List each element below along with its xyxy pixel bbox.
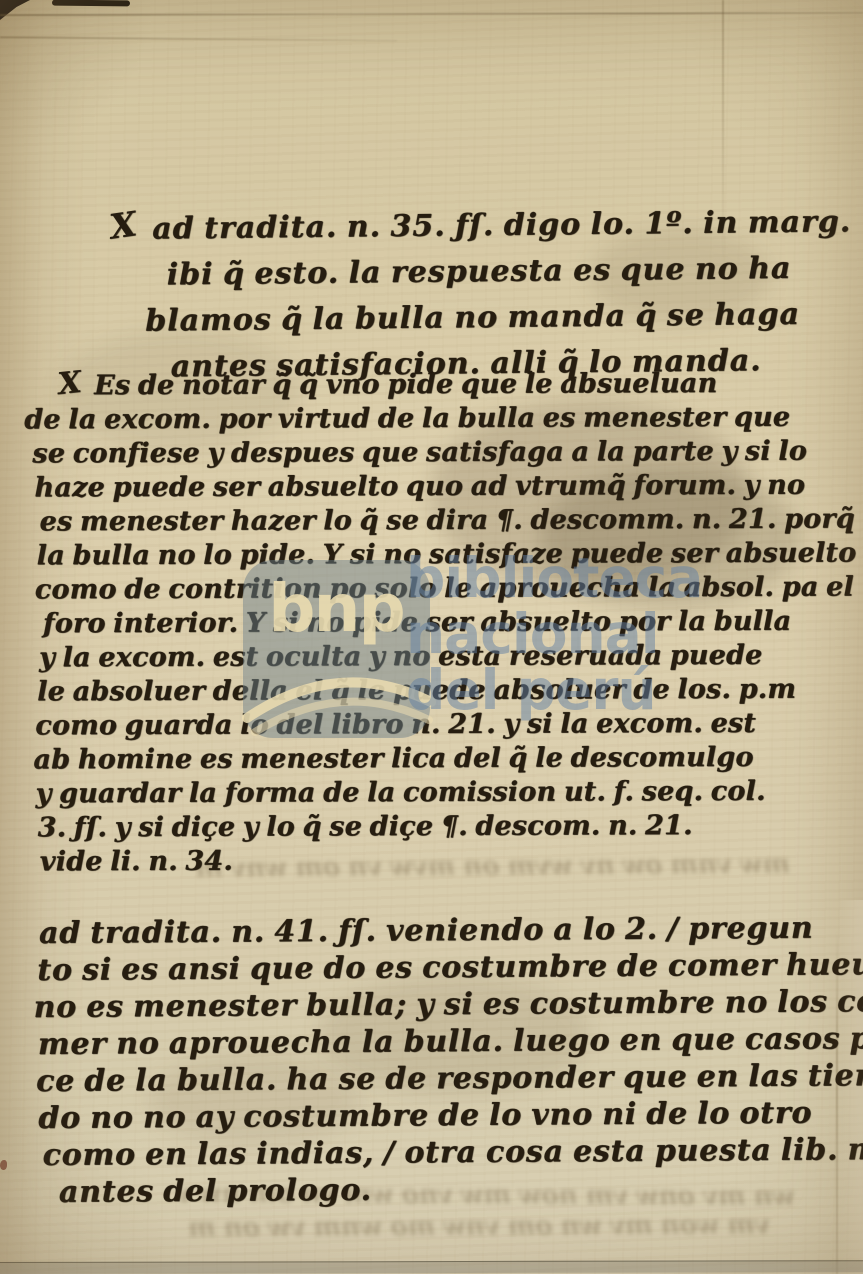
ink-blot-top-edge (52, 0, 130, 6)
manuscript-line: y la excom. est oculta y no esta reserua… (39, 639, 857, 676)
manuscript-line: como de contrition po solo le aprouecha … (35, 571, 857, 608)
paragraph-2: Es de notar q̃ q̃ vno pide que le absuel… (24, 367, 857, 880)
manuscript-line: como guarda lo del libro n. 21. y si la … (35, 707, 857, 744)
manuscript-line: ad tradita. n. 35. ƒſ. digo lo. 1º. in m… (152, 199, 851, 252)
manuscript-line: vide li. n. 34. (40, 843, 858, 880)
manuscript-line: le absoluer della el q̃ le puede absolue… (37, 673, 857, 710)
manuscript-line: ab homine es menester lica del q̃ le des… (33, 741, 857, 778)
ink-speck (0, 1160, 7, 1170)
manuscript-line: de la excom. por virtud de la bulla es m… (24, 401, 856, 438)
manuscript-line: no es menester bulla; y si es costumbre … (33, 983, 863, 1026)
manuscript-line: ibi q̃ esto. la respuesta es que no ha (167, 245, 852, 298)
manuscript-line: es menester hazer lo q̃ se dira ¶. desco… (40, 503, 857, 540)
manuscript-line: do no no ay costumbre de lo vno ni de lo… (38, 1094, 863, 1137)
manuscript-line: to si es ansi que do es costumbre de com… (37, 946, 863, 989)
manuscript-line: antes del prologo. (59, 1168, 863, 1211)
manuscript-line: se confiese y despues que satisfaga a la… (32, 435, 856, 472)
manuscript-line: ce de la bulla. ha se de responder que e… (36, 1057, 863, 1100)
manuscript-line: la bulla no lo pide. Y si no satisfaze p… (37, 537, 857, 574)
page-bottom-edge (0, 1260, 863, 1274)
paragraph-mark: X (107, 204, 139, 247)
bleedthrough-text: vm won mv wn om vnw mo wnm vw on m (70, 1210, 770, 1244)
manuscript-line: 3. ƒſ. y si diçe y lo q̃ se diçe ¶. desc… (38, 809, 858, 846)
manuscript-line: haze puede ser absuelto quo ad vtrumq̃ f… (34, 469, 856, 506)
scan-corner-shadow (0, 0, 30, 20)
manuscript-line: como en las indias, / otra cosa esta pue… (43, 1131, 863, 1174)
crease-line (0, 12, 863, 16)
manuscript-line: ad tradita. n. 41. ƒſ. veniendo a lo 2. … (39, 909, 863, 952)
manuscript-line: mer no aprouecha la bulla. luego en que … (38, 1020, 863, 1063)
crease-line (0, 36, 397, 41)
manuscript-line: foro interior. Y si no pide ser absuelto… (43, 605, 857, 642)
paragraph-1: ad tradita. n. 35. ƒſ. digo lo. 1º. in m… (144, 199, 853, 390)
paragraph-3: ad tradita. n. 41. ƒſ. veniendo a lo 2. … (27, 909, 863, 1211)
manuscript-line: y guardar la forma de la comission ut. f… (36, 775, 858, 812)
manuscript-line: blamos q̃ la bulla no manda q̃ se haga (145, 291, 852, 344)
manuscript-line: Es de notar q̃ q̃ vno pide que le absuel… (94, 367, 856, 404)
manuscript-page-scan: mw vnm ow nv wvm on mvw vn om wnv m wn m… (0, 0, 863, 1274)
